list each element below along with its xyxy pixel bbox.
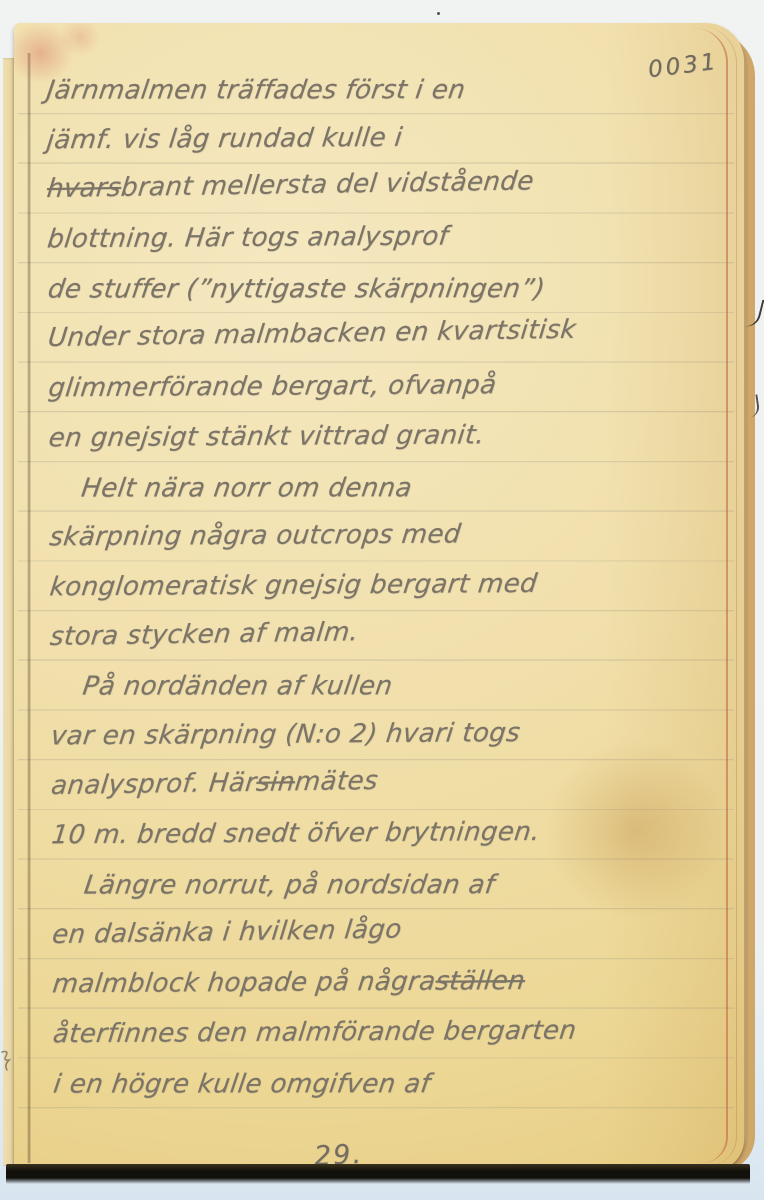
edge-pencil-scribble (0, 1048, 14, 1074)
handwriting-line: i en högre kulle omgifven af (18, 1049, 754, 1099)
handwriting-line: Järnmalmen träffades först i en (11, 55, 747, 105)
stray-hair-bottom (747, 394, 761, 417)
book-bottom-shadow (6, 1164, 750, 1184)
handwriting-line: skärpning några outcrops med (14, 498, 750, 553)
handwriting-line: en dalsänka i hvilken lågo (17, 889, 753, 950)
scanner-speck (437, 12, 440, 15)
scanned-notebook-page: 0031 Järnmalmen träffades först i enjämf… (0, 0, 764, 1200)
handwriting-line: På nordänden af kullen (15, 651, 751, 701)
handwriting-line: återfinnes den malmförande bergarten (17, 994, 753, 1049)
notebook-page: 0031 Järnmalmen träffades först i enjämf… (14, 23, 744, 1170)
handwriting-lines: Järnmalmen träffades först i enjämf. vis… (10, 50, 747, 1099)
handwriting-line: malmblock hopade på några ställen (17, 945, 753, 1000)
handwriting-line: Helt nära norr om denna (13, 452, 749, 502)
handwriting-line: blottning. Här togs analysprof (12, 199, 748, 254)
handwriting-line: 10 m. bredd snedt öfver brytningen. (16, 796, 752, 851)
handwriting-line: Under stora malmbacken en kvartsitisk (12, 292, 748, 353)
handwriting-line: glimmerförande bergart, ofvanpå (13, 349, 749, 404)
handwriting-line: hvars brant mellersta del vidstående (11, 143, 747, 204)
handwriting-line: en gnejsigt stänkt vittrad granit. (13, 398, 749, 453)
